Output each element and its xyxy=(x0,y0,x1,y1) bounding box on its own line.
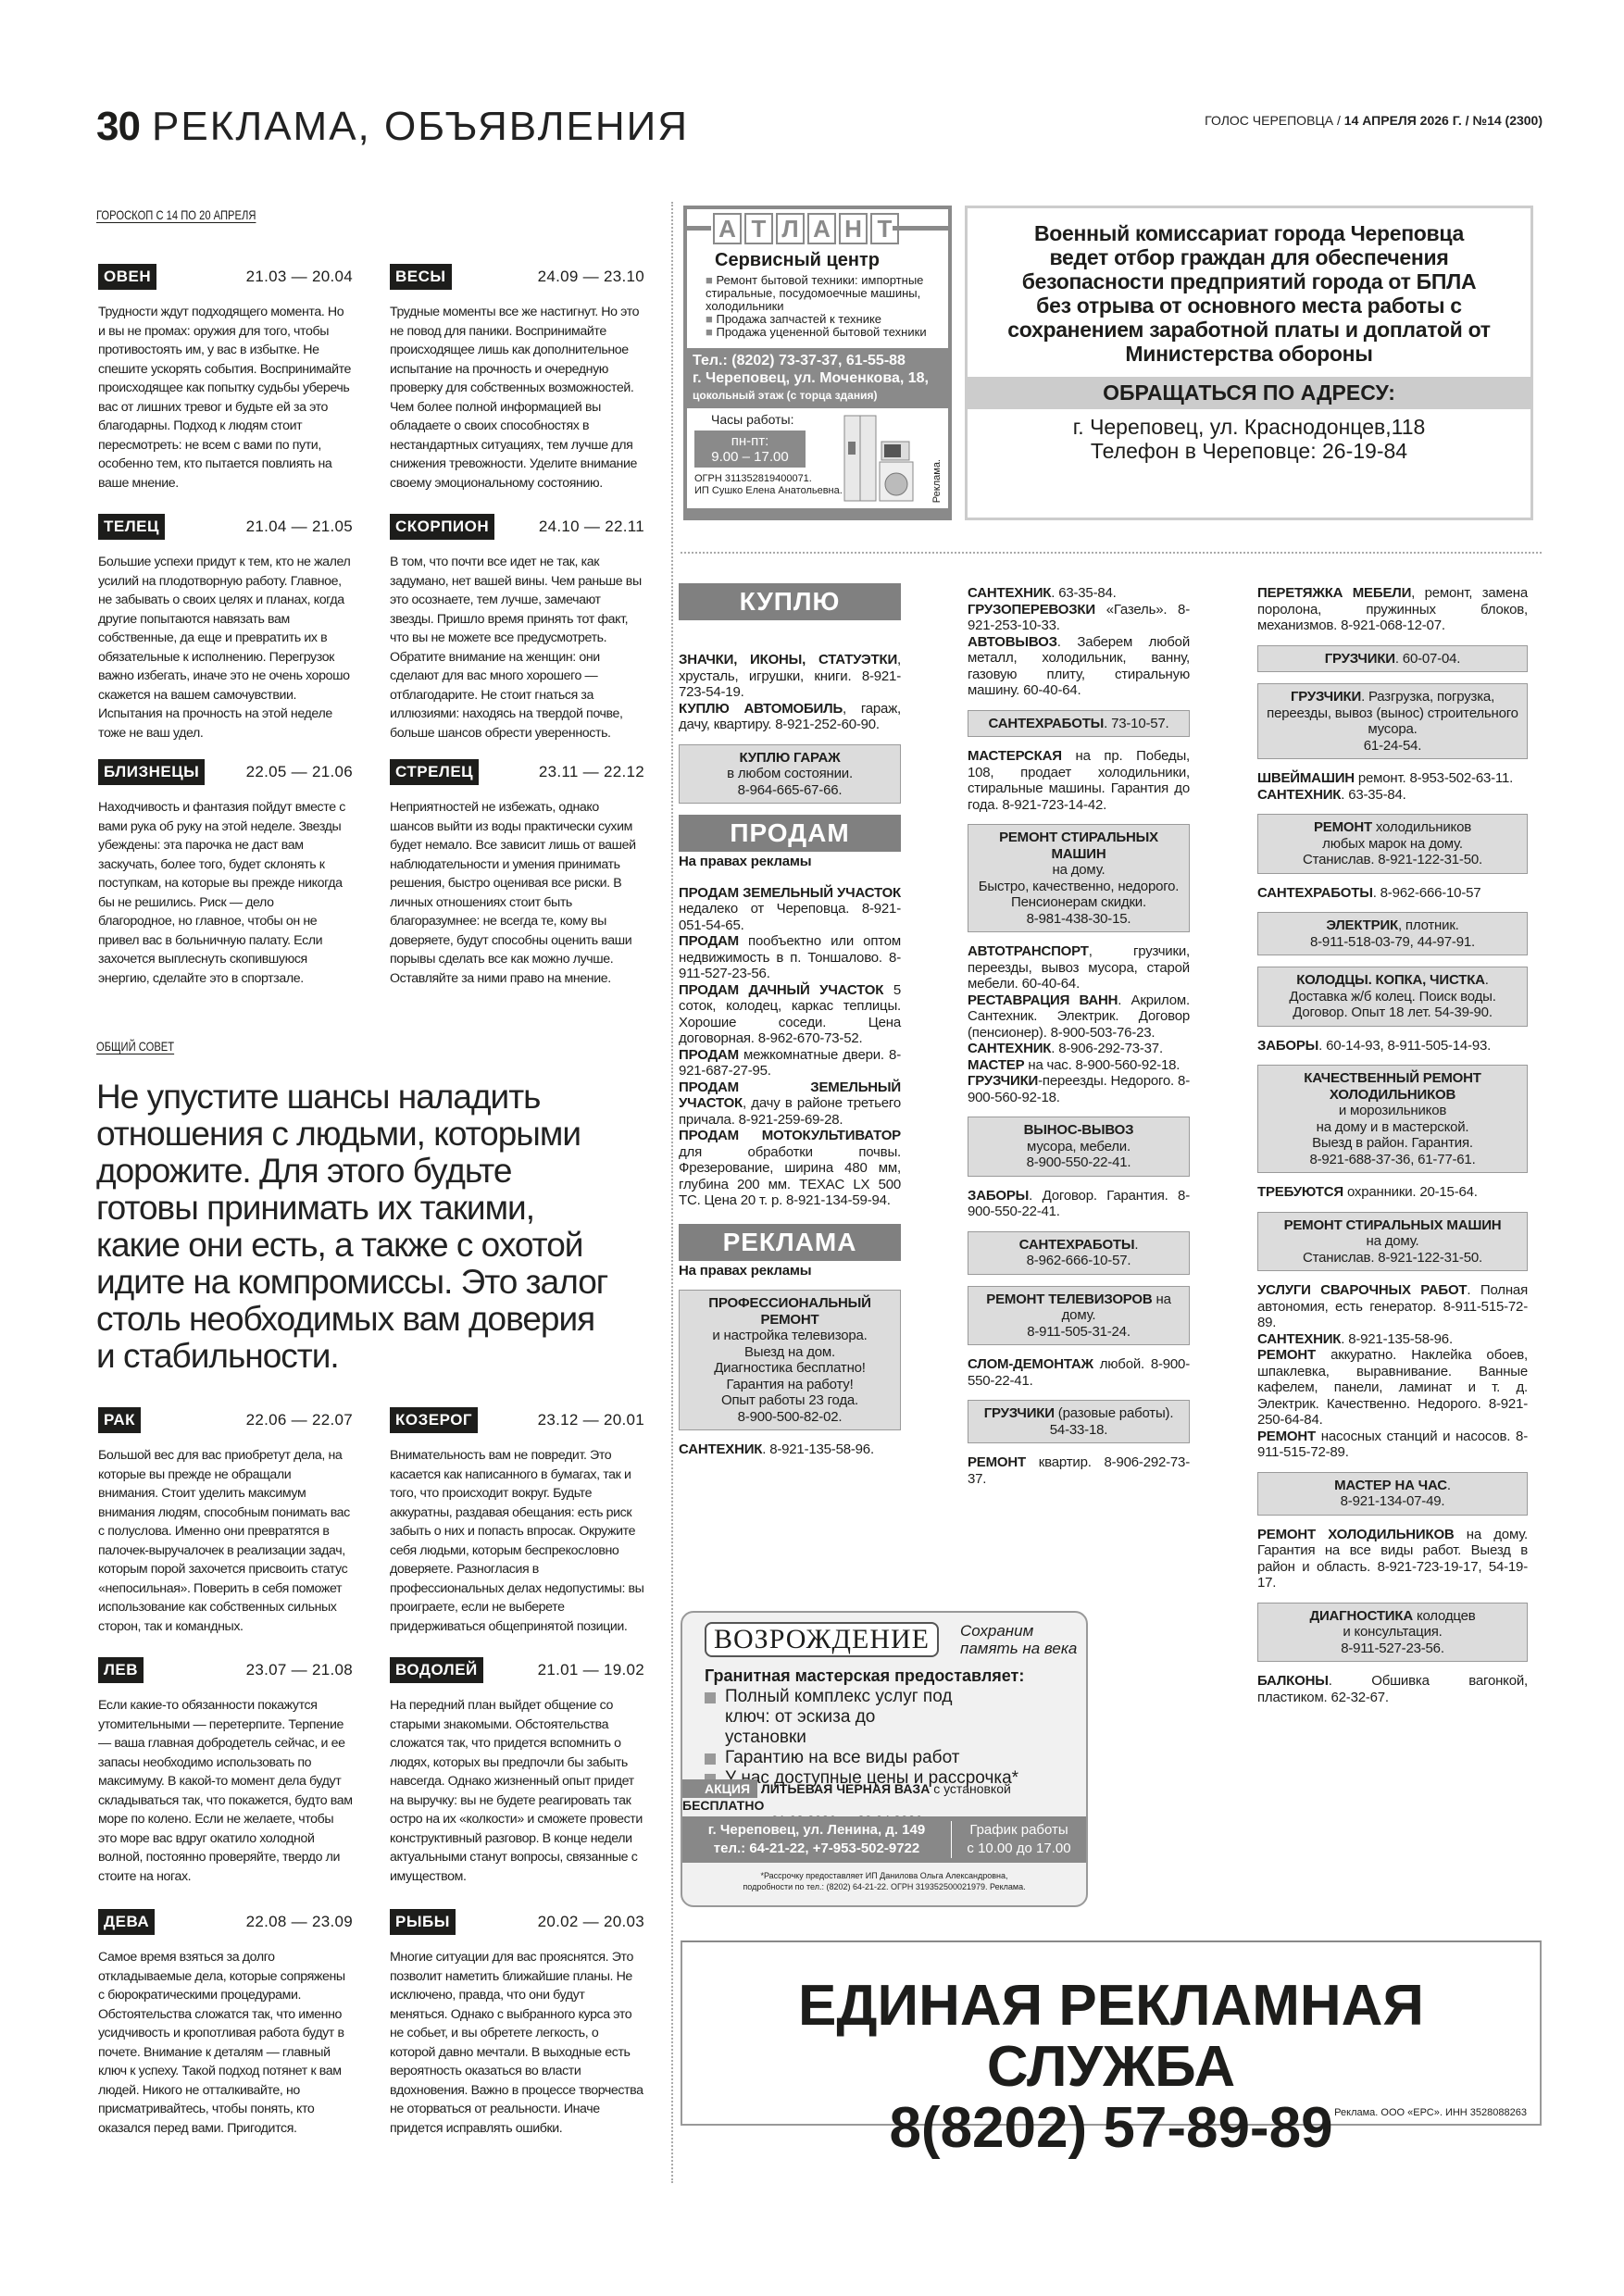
classified-box: ПРОФЕССИОНАЛЬНЫЙ РЕМОНТ и настройка теле… xyxy=(679,1290,901,1430)
sign-text: Большой вес для вас приобретут дела, на … xyxy=(98,1446,353,1636)
sign-text: В том, что почти все идет не так, как за… xyxy=(390,553,644,742)
sign-dates: 21.04 — 21.05 xyxy=(246,518,353,536)
classified-box: ГРУЗЧИКИ (разовые работы).54-33-18. xyxy=(968,1400,1190,1443)
classified-item: ПРОДАМ ДАЧНЫЙ УЧАСТОК 5 соток, колодец, … xyxy=(679,982,901,1047)
slogan-line: Сохраним xyxy=(960,1622,1077,1640)
sign-header: ТЕЛЕЦ21.04 — 21.05 xyxy=(98,514,353,540)
sign-name: РЫБЫ xyxy=(390,1909,456,1935)
sign-name: ДЕВА xyxy=(98,1909,155,1935)
classified-item: РЕМОНТ аккуратно. Наклейка обоев, шпакле… xyxy=(1257,1347,1528,1429)
sign-text: Многие ситуации для вас прояснятся. Это … xyxy=(390,1948,644,2138)
atlant-contacts: Тел.: (8202) 73-37-37, 61-55-88 г. Череп… xyxy=(687,348,948,408)
service-item: Гарантию на все виды работ xyxy=(705,1748,1018,1768)
service-item: Продажа уцененной бытовой техники xyxy=(706,326,948,339)
classified-item: КУПЛЮ АВТОМОБИЛЬ, гараж, дачу, квартиру.… xyxy=(679,701,901,733)
atlant-ad: А Т Л А Н Т Сервисный центр Ремонт бытов… xyxy=(683,206,952,520)
sign-text: Внимательность вам не повредит. Это каса… xyxy=(390,1446,644,1636)
sign-name: БЛИЗНЕЦЫ xyxy=(98,759,205,785)
hours-box: пн-пт: 9.00 – 17.00 xyxy=(694,430,806,468)
schedule: График работы xyxy=(952,1821,1086,1840)
horoscope-sign: ВОДОЛЕЙ21.01 — 19.02На передний план вый… xyxy=(390,1657,644,1886)
phones: тел.: 64-21-22, +7-953-502-9722 xyxy=(682,1840,951,1858)
atlant-services: Ремонт бытовой техники: импортные стирал… xyxy=(706,274,948,339)
sign-text: На передний план выйдет общение со стары… xyxy=(390,1696,644,1886)
vozrozhdenie-ad: ВОЗРОЖДЕНИЕ Сохраним память на века Гран… xyxy=(681,1611,1088,1907)
sign-header: РАК22.06 — 22.07 xyxy=(98,1407,353,1433)
classified-item: ПРОДАМ пообъектно или оптом недвижимость… xyxy=(679,933,901,982)
sign-header: СТРЕЛЕЦ23.11 — 22.12 xyxy=(390,759,644,785)
hours-time: 9.00 – 17.00 xyxy=(694,449,806,465)
sign-name: ТЕЛЕЦ xyxy=(98,514,165,540)
sign-text: Большие успехи придут к тем, кто не жале… xyxy=(98,553,353,742)
advice-label: ОБЩИЙ СОВЕТ xyxy=(96,1039,174,1054)
rubric-ad: РЕКЛАМА xyxy=(679,1224,901,1261)
horoscope-sign: СТРЕЛЕЦ23.11 — 22.12Неприятностей не изб… xyxy=(390,759,644,988)
classified-box: ВЫНОС-ВЫВОЗ мусора, мебели. 8-900-550-22… xyxy=(968,1117,1190,1177)
ers-fine-print: Реклама. ООО «ЕРС». ИНН 3528088263 xyxy=(1334,2107,1527,2118)
promo-text: с установкой xyxy=(930,1781,1011,1796)
horoscope-sign: ДЕВА22.08 — 23.09Самое время взяться за … xyxy=(98,1909,353,2138)
sign-header: БЛИЗНЕЦЫ22.05 — 21.06 xyxy=(98,759,353,785)
logo-letter: Н xyxy=(839,213,868,244)
classified-box: ГРУЗЧИКИ. 60-07-04. xyxy=(1257,645,1528,673)
horoscope-sign: ОВЕН21.03 — 20.04Трудности ждут подходящ… xyxy=(98,264,353,493)
military-address: г. Череповец, ул. Краснодонцев,118 Телеф… xyxy=(968,409,1530,463)
horoscope-sign: РАК22.06 — 22.07Большой вес для вас прио… xyxy=(98,1407,353,1636)
promo-item: ЛИТЬЕВАЯ ЧЕРНАЯ ВАЗА xyxy=(761,1781,930,1796)
classified-item: ЗАБОРЫ. Договор. Гарантия. 8-900-550-22-… xyxy=(968,1188,1190,1220)
owner: ИП Сушко Елена Анатольевна. xyxy=(694,485,843,497)
sign-dates: 23.11 — 22.12 xyxy=(539,763,644,781)
classified-item: САНТЕХРАБОТЫ. 8-962-666-10-57 xyxy=(1257,885,1528,902)
sign-header: СКОРПИОН24.10 — 22.11 xyxy=(390,514,644,540)
classified-box: КУПЛЮ ГАРАЖ в любом состоянии. 8-964-665… xyxy=(679,744,901,805)
sign-text: Трудности ждут подходящего момента. Но и… xyxy=(98,303,353,493)
promo-free: БЕСПЛАТНО xyxy=(682,1798,764,1813)
classifieds-column-3: ПЕРЕТЯЖКА МЕБЕЛИ, ремонт, замена поролон… xyxy=(1257,585,1528,1705)
rubric-buy: КУПЛЮ xyxy=(679,583,901,620)
sign-dates: 23.07 — 21.08 xyxy=(246,1661,353,1679)
classified-item: МАСТЕРСКАЯ на пр. Победы, 108, продает х… xyxy=(968,748,1190,813)
ers-ad: ЕДИНАЯ РЕКЛАМНАЯ СЛУЖБА 8(8202) 57-89-89… xyxy=(681,1940,1542,2126)
classified-item: АВТОВЫВОЗ. Заберем любой металл, холодил… xyxy=(968,634,1190,699)
sign-text: Неприятностей не избежать, однако шансов… xyxy=(390,798,644,988)
sign-text: Находчивость и фантазия пойдут вместе с … xyxy=(98,798,353,988)
horoscope-sign: ТЕЛЕЦ21.04 — 21.05Большие успехи придут … xyxy=(98,514,353,742)
logo-letter: Л xyxy=(776,213,805,244)
classified-box: САНТЕХРАБОТЫ. 73-10-57. xyxy=(968,710,1190,738)
phone: Телефон в Череповце: 26-19-84 xyxy=(968,439,1530,463)
logo-letter: А xyxy=(807,213,836,244)
logo-rule-left xyxy=(687,226,711,231)
masthead-name: ГОЛОС ЧЕРЕПОВЦА / xyxy=(1205,113,1344,128)
classified-item: САНТЕХНИК. 63-35-84. xyxy=(968,585,1190,602)
classified-item: ПРОДАМ ЗЕМЕЛЬНЫЙ УЧАСТОК, дачу в районе … xyxy=(679,1079,901,1129)
atlant-subtitle: Сервисный центр xyxy=(715,250,880,271)
sign-dates: 22.06 — 22.07 xyxy=(246,1411,353,1429)
section-divider xyxy=(681,552,1542,554)
horoscope-label: ГОРОСКОП С 14 ПО 20 АПРЕЛЯ xyxy=(96,207,256,222)
sign-dates: 20.02 — 20.03 xyxy=(538,1913,644,1931)
vozrozhdenie-services: Полный комплекс услуг под ключ: от эскиз… xyxy=(705,1687,1018,1789)
service-item: Продажа запчастей к технике xyxy=(706,313,948,326)
sign-dates: 22.08 — 23.09 xyxy=(246,1913,353,1931)
rubric-note: На правах рекламы xyxy=(679,1263,901,1279)
classified-item: ПЕРЕТЯЖКА МЕБЕЛИ, ремонт, замена поролон… xyxy=(1257,585,1528,634)
classified-item: ПРОДАМ МОТОКУЛЬТИВАТОР для обработки поч… xyxy=(679,1128,901,1209)
rubric-sell: ПРОДАМ xyxy=(679,815,901,852)
classified-box: РЕМОНТ СТИРАЛЬНЫХ МАШИНна дому.Станислав… xyxy=(1257,1212,1528,1272)
classified-item: ПРОДАМ ЗЕМЕЛЬНЫЙ УЧАСТОК недалеко от Чер… xyxy=(679,885,901,934)
horoscope-sign: КОЗЕРОГ23.12 — 20.01Внимательность вам н… xyxy=(390,1407,644,1636)
logo-letter: Т xyxy=(744,213,773,244)
sign-name: ВОДОЛЕЙ xyxy=(390,1657,483,1683)
hours-label: Часы работы: xyxy=(711,412,794,427)
sign-text: Если какие-то обязанности покажутся утом… xyxy=(98,1696,353,1886)
classified-item: ПРОДАМ межкомнатные двери. 8-921-687-27-… xyxy=(679,1047,901,1079)
sign-text: Самое время взяться за долго откладываем… xyxy=(98,1948,353,2138)
classified-item: СЛОМ-ДЕМОНТАЖ любой. 8-900-550-22-41. xyxy=(968,1356,1190,1389)
horoscope-sign: СКОРПИОН24.10 — 22.11В том, что почти вс… xyxy=(390,514,644,742)
classified-box: МАСТЕР НА ЧАС.8-921-134-07-49. xyxy=(1257,1472,1528,1516)
classifieds-column-1: КУПЛЮ ЗНАЧКИ, ИКОНЫ, СТАТУЭТКИ, хрусталь… xyxy=(679,583,901,1458)
service-item: Ремонт бытовой техники: импортные стирал… xyxy=(706,274,948,313)
sign-header: ЛЕВ23.07 — 21.08 xyxy=(98,1657,353,1683)
column-divider xyxy=(671,202,673,2183)
sign-header: ВЕСЫ24.09 — 23.10 xyxy=(390,264,644,290)
ogrn: ОГРН 311352819400071. xyxy=(694,473,843,485)
classified-item: МАСТЕР на час. 8-900-560-92-18. xyxy=(968,1057,1190,1074)
sign-name: ВЕСЫ xyxy=(390,264,452,290)
classified-box: КАЧЕСТВЕННЫЙ РЕМОНТ ХОЛОДИЛЬНИКОВи мороз… xyxy=(1257,1065,1528,1173)
sign-dates: 22.05 — 21.06 xyxy=(246,763,353,781)
schedule-hours: с 10.00 до 17.00 xyxy=(952,1840,1086,1858)
vozrozhdenie-slogan: Сохраним память на века xyxy=(960,1622,1077,1657)
classified-item: САНТЕХНИК. 8-921-135-58-96. xyxy=(679,1441,901,1458)
classified-box: КОЛОДЦЫ. КОПКА, ЧИСТКА.Доставка ж/б коле… xyxy=(1257,967,1528,1027)
atlant-phone: Тел.: (8202) 73-37-37, 61-55-88 xyxy=(693,352,943,369)
military-text: Военный комиссариат города Череповца вед… xyxy=(968,208,1530,366)
sign-dates: 24.10 — 22.11 xyxy=(539,518,644,536)
atlant-legal: ОГРН 311352819400071. ИП Сушко Елена Ана… xyxy=(694,473,843,497)
sign-header: ОВЕН21.03 — 20.04 xyxy=(98,264,353,290)
classified-item: ТРЕБУЮТСЯ охранники. 20-15-64. xyxy=(1257,1184,1528,1201)
sign-name: РАК xyxy=(98,1407,141,1433)
promo-tag: АКЦИЯ xyxy=(682,1779,757,1798)
address: г. Череповец, ул. Ленина, д. 149 xyxy=(682,1821,951,1840)
classified-box: ДИАГНОСТИКА колодцеви консультация.8-911… xyxy=(1257,1603,1528,1663)
classified-item: САНТЕХНИК. 63-35-84. xyxy=(1257,787,1528,804)
sign-name: ЛЕВ xyxy=(98,1657,144,1683)
classified-item: РЕМОНТ квартир. 8-906-292-73-37. xyxy=(968,1454,1190,1487)
classified-item: БАЛКОНЫ. Обшивка вагонкой, пластиком. 62… xyxy=(1257,1673,1528,1705)
vozrozhdenie-contacts: г. Череповец, ул. Ленина, д. 149тел.: 64… xyxy=(682,1816,1086,1863)
classified-box: РЕМОНТ холодильниковлюбых марок на дому.… xyxy=(1257,814,1528,874)
atlant-address: г. Череповец, ул. Моченкова, 18, xyxy=(693,369,943,387)
classified-box: ГРУЗЧИКИ. Разгрузка, погрузка, переезды,… xyxy=(1257,683,1528,759)
hours-days: пн-пт: xyxy=(694,433,806,449)
page-number: 30 xyxy=(96,104,140,150)
classified-item: РЕМОНТ ХОЛОДИЛЬНИКОВ на дому. Гарантия н… xyxy=(1257,1527,1528,1591)
vozrozhdenie-heading: Гранитная мастерская предоставляет: xyxy=(705,1666,1024,1686)
classified-item: РЕСТАВРАЦИЯ ВАНН. Акрилом. Сантехник. Эл… xyxy=(968,992,1190,1042)
sign-name: СТРЕЛЕЦ xyxy=(390,759,479,785)
rubric-note: На правах рекламы xyxy=(679,854,901,870)
classified-item: АВТОТРАНСПОРТ, грузчики, переезды, вывоз… xyxy=(968,943,1190,992)
sign-dates: 23.12 — 20.01 xyxy=(538,1411,644,1429)
section-title: РЕКЛАМА, ОБЪЯВЛЕНИЯ xyxy=(152,104,689,150)
address: г. Череповец, ул. Краснодонцев,118 xyxy=(968,415,1530,439)
classified-box: ЭЛЕКТРИК, плотник.8-911-518-03-79, 44-97… xyxy=(1257,912,1528,955)
horoscope-sign: ЛЕВ23.07 — 21.08Если какие-то обязанност… xyxy=(98,1657,353,1886)
sign-dates: 21.03 — 20.04 xyxy=(246,268,353,286)
sign-text: Трудные моменты все же настигнут. Но это… xyxy=(390,303,644,493)
fine-line: подробности по тел.: (8202) 64-21-22. ОГ… xyxy=(682,1881,1086,1892)
ad-mark: Реклама. xyxy=(931,459,943,503)
classifieds-column-2: САНТЕХНИК. 63-35-84. ГРУЗОПЕРЕВОЗКИ «Газ… xyxy=(968,585,1190,1487)
classified-box: САНТЕХРАБОТЫ.8-962-666-10-57. xyxy=(968,1231,1190,1275)
sign-header: ДЕВА22.08 — 23.09 xyxy=(98,1909,353,1935)
classified-item: ЗНАЧКИ, ИКОНЫ, СТАТУЭТКИ, хрусталь, игру… xyxy=(679,652,901,701)
classified-item: САНТЕХНИК. 8-906-292-73-37. xyxy=(968,1041,1190,1057)
sign-dates: 21.01 — 19.02 xyxy=(538,1661,644,1679)
vozrozhdenie-fine-print: *Рассрочку предоставляет ИП Данилова Оль… xyxy=(682,1870,1086,1892)
horoscope-sign: ВЕСЫ24.09 — 23.10Трудные моменты все же … xyxy=(390,264,644,493)
masthead-issue: 14 АПРЕЛЯ 2026 Г. / №14 (2300) xyxy=(1344,113,1543,128)
logo-letter: А xyxy=(713,213,742,244)
classified-item: ГРУЗОПЕРЕВОЗКИ «Газель». 8-921-253-10-33… xyxy=(968,602,1190,634)
atlant-logo: А Т Л А Н Т xyxy=(713,213,899,244)
sign-dates: 24.09 — 23.10 xyxy=(538,268,644,286)
slogan-line: память на века xyxy=(960,1640,1077,1657)
classified-item: РЕМОНТ насосных станций и насосов. 8-911… xyxy=(1257,1429,1528,1461)
classified-item: САНТЕХНИК. 8-921-135-58-96. xyxy=(1257,1331,1528,1348)
sign-name: СКОРПИОН xyxy=(390,514,494,540)
masthead: ГОЛОС ЧЕРЕПОВЦА / 14 АПРЕЛЯ 2026 Г. / №1… xyxy=(1205,113,1543,128)
atlant-address-note: цокольный этаж (с торца здания) xyxy=(693,387,943,405)
horoscope-sign: РЫБЫ20.02 — 20.03Многие ситуации для вас… xyxy=(390,1909,644,2138)
sign-header: ВОДОЛЕЙ21.01 — 19.02 xyxy=(390,1657,644,1683)
military-band: ОБРАЩАТЬСЯ ПО АДРЕСУ: xyxy=(968,377,1530,409)
military-recruitment-ad: Военный комиссариат города Череповца вед… xyxy=(965,206,1533,520)
sign-header: РЫБЫ20.02 — 20.03 xyxy=(390,1909,644,1935)
classified-item: ЗАБОРЫ. 60-14-93, 8-911-505-14-93. xyxy=(1257,1038,1528,1054)
classified-item: УСЛУГИ СВАРОЧНЫХ РАБОТ. Полная автономия… xyxy=(1257,1282,1528,1331)
appliances-image xyxy=(843,414,917,503)
sign-name: ОВЕН xyxy=(98,264,156,290)
ers-title: ЕДИНАЯ РЕКЛАМНАЯ СЛУЖБА xyxy=(682,1976,1540,2098)
vozrozhdenie-logo: ВОЗРОЖДЕНИЕ xyxy=(705,1622,939,1657)
classified-box: РЕМОНТ ТЕЛЕВИЗОРОВ на дому.8-911-505-31-… xyxy=(968,1286,1190,1346)
horoscope-sign: БЛИЗНЕЦЫ22.05 — 21.06Находчивость и фант… xyxy=(98,759,353,988)
advice-text: Не упустите шансы наладить отношения с л… xyxy=(96,1079,615,1375)
sign-name: КОЗЕРОГ xyxy=(390,1407,478,1433)
classified-box: РЕМОНТ СТИРАЛЬНЫХ МАШИН на дому. Быстро,… xyxy=(968,824,1190,932)
sign-header: КОЗЕРОГ23.12 — 20.01 xyxy=(390,1407,644,1433)
classified-item: ГРУЗЧИКИ-переезды. Недорого. 8-900-560-9… xyxy=(968,1073,1190,1105)
classified-item: ШВЕЙМАШИН ремонт. 8-953-502-63-11. xyxy=(1257,770,1528,787)
logo-rule-right xyxy=(893,226,948,231)
service-item: Полный комплекс услуг под ключ: от эскиз… xyxy=(705,1687,956,1748)
fine-line: *Рассрочку предоставляет ИП Данилова Оль… xyxy=(682,1870,1086,1881)
